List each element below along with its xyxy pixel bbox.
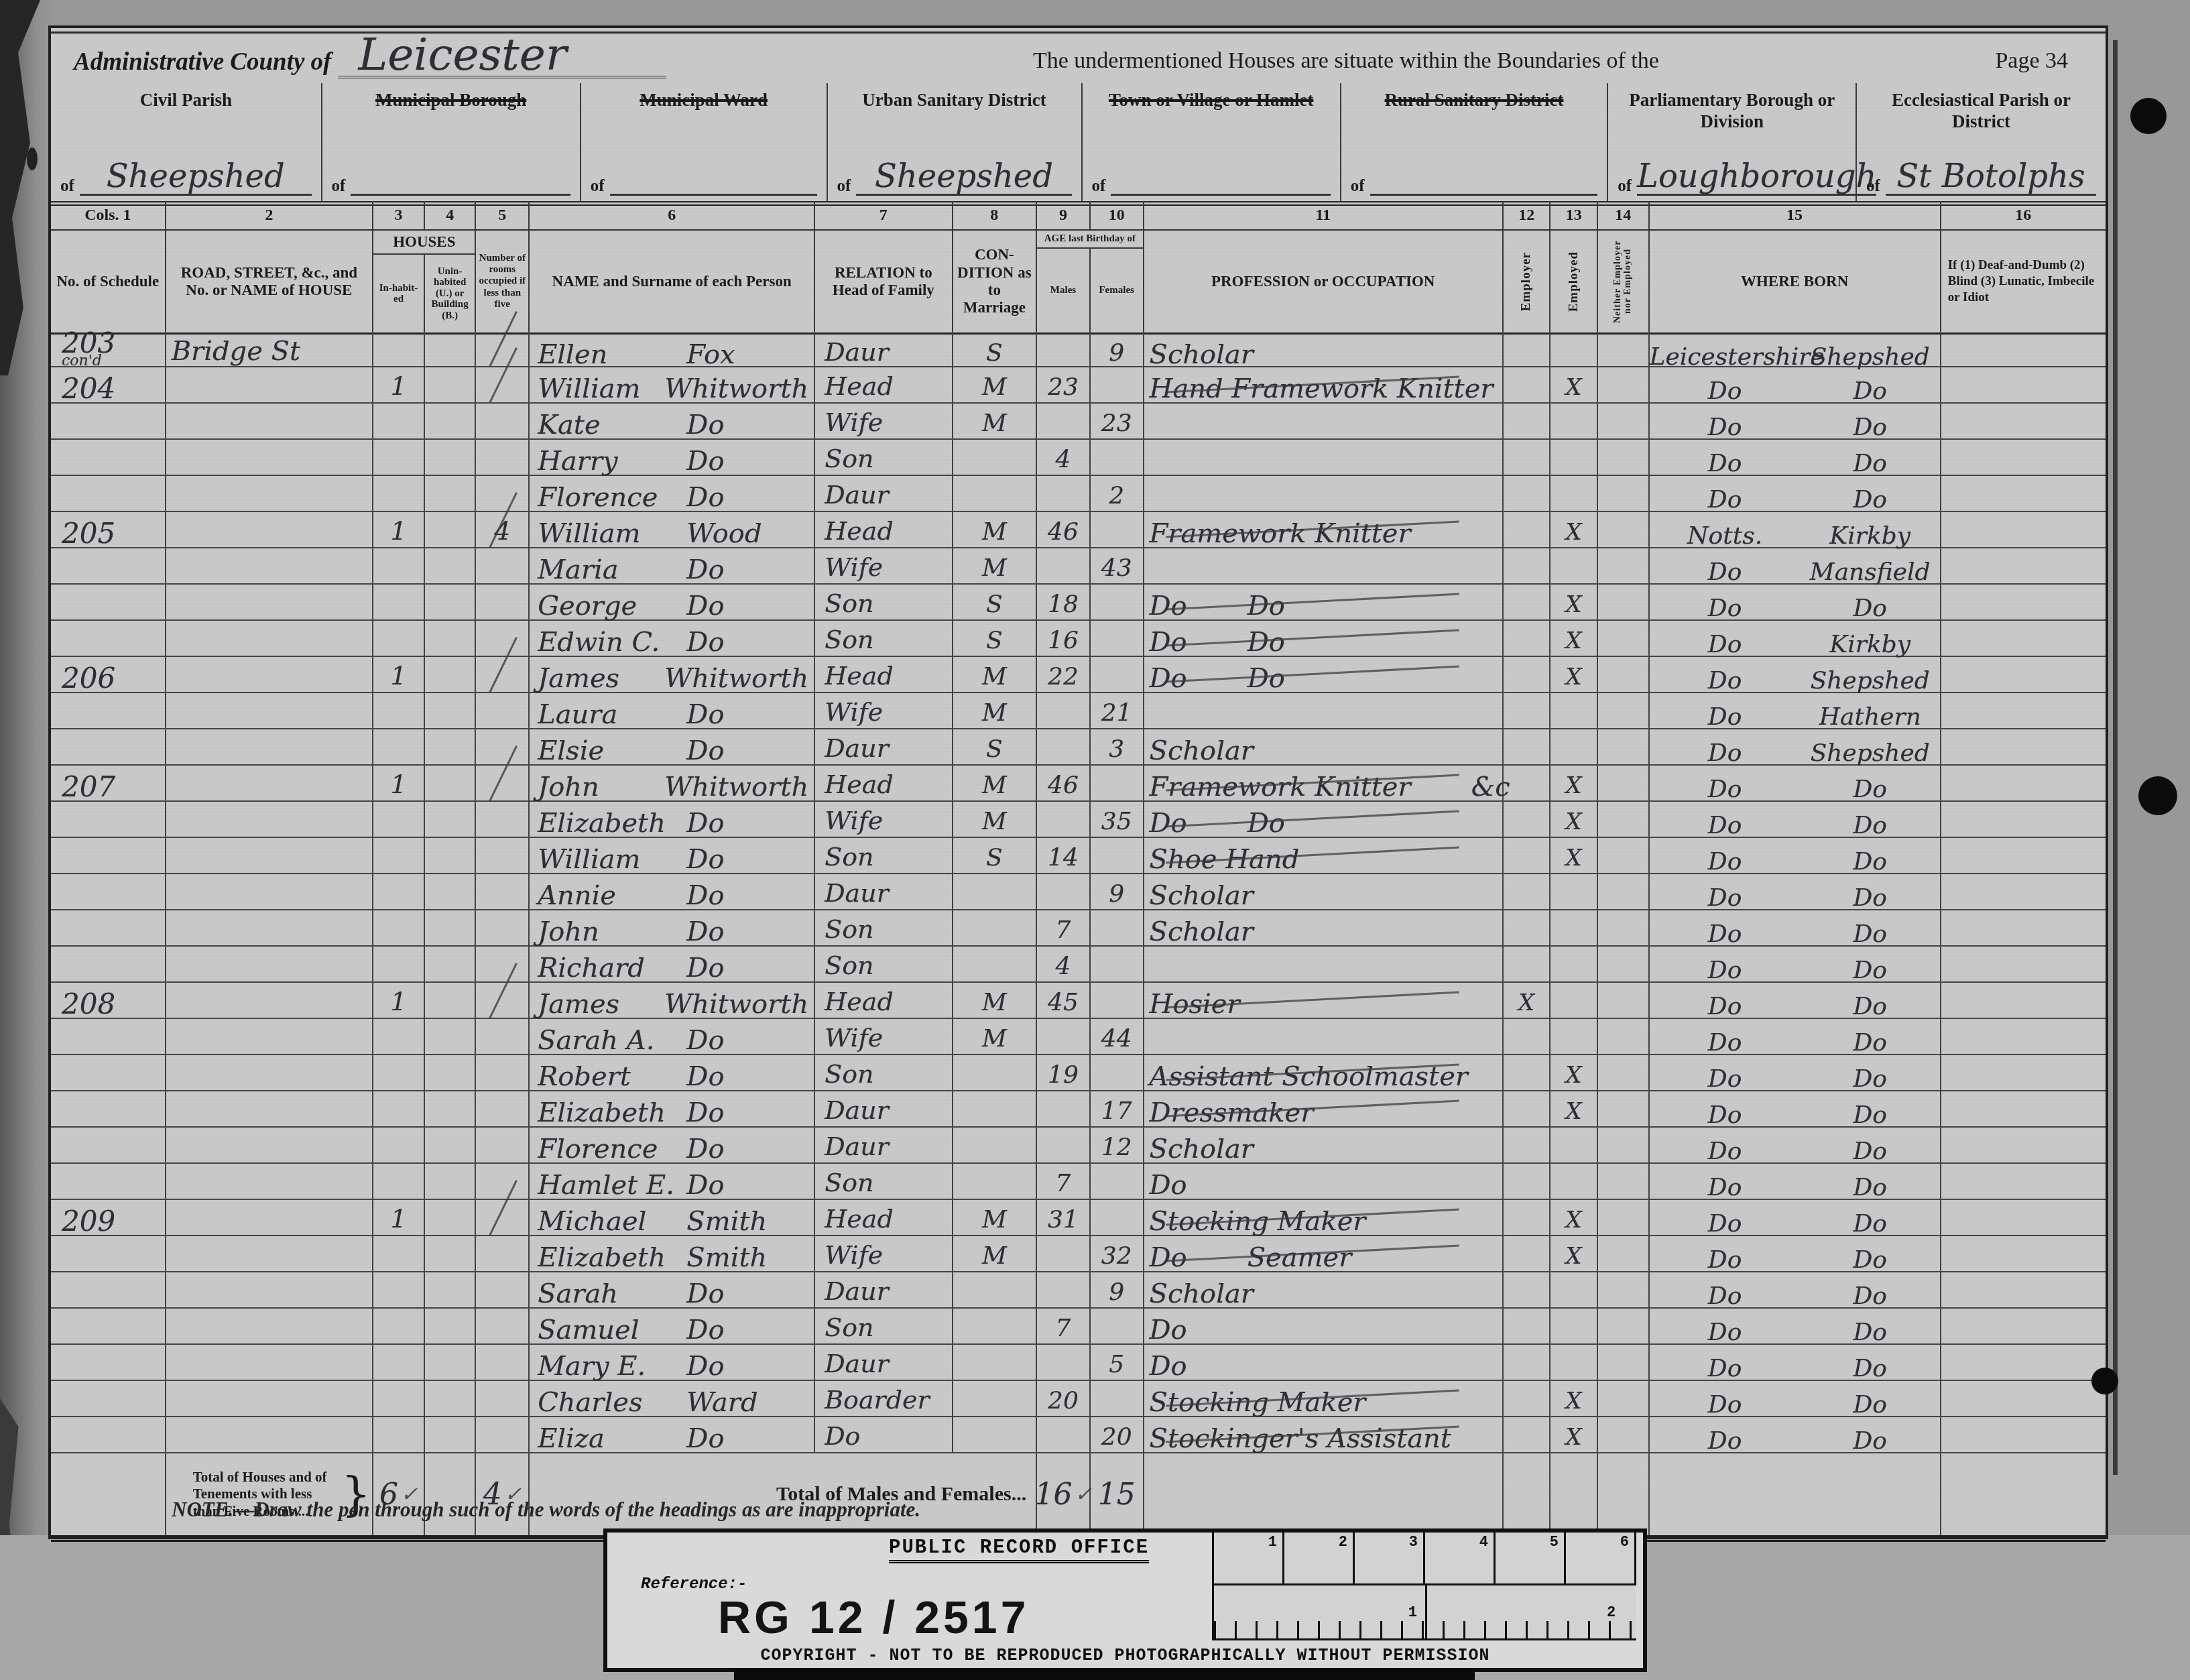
name-cell: FlorenceDo: [530, 1128, 815, 1162]
totals-inhabited-value: 6: [373, 1453, 425, 1535]
employed-cell: X: [1550, 512, 1597, 547]
condition-cell: M: [953, 983, 1038, 1018]
table-row: 204 1 WilliamWhitworth Head M 23 Hand Fr…: [51, 367, 2106, 404]
whereborn-cell: DoKirkby: [1650, 621, 1941, 656]
table-row: CharlesWard Boarder 20 Stocking Maker X …: [51, 1381, 2106, 1417]
employer-cell: [1504, 440, 1550, 475]
road-cell: [166, 1236, 374, 1271]
uninhabited-cell: [425, 874, 477, 909]
rooms-cell: [476, 1345, 530, 1380]
age-male-cell: [1037, 693, 1091, 728]
road-cell: [166, 1055, 374, 1090]
neither-cell: [1598, 1381, 1650, 1416]
relation-cell: Do: [815, 1417, 953, 1452]
punch-hole-icon: [2091, 1368, 2118, 1394]
relation-cell: Daur: [815, 331, 953, 368]
infirmity-cell: [1941, 874, 2106, 909]
road-cell: [166, 367, 374, 402]
whereborn-cell: DoDo: [1650, 1128, 1941, 1162]
road-cell: [166, 1019, 374, 1054]
col-road-header: ROAD, STREET, &c., and No. or NAME of HO…: [166, 231, 374, 333]
infirmity-cell: [1941, 1091, 2106, 1126]
road-cell: [166, 1417, 374, 1452]
neither-cell: [1598, 1055, 1650, 1090]
name-cell: JamesWhitworth: [530, 983, 815, 1018]
inhabited-cell: [373, 947, 425, 981]
age-female-cell: [1091, 585, 1144, 619]
inhabited-cell: [373, 1164, 425, 1199]
age-male-cell: [1037, 404, 1091, 438]
employer-cell: [1504, 1200, 1550, 1235]
infirmity-cell: [1941, 657, 2106, 692]
uninhabited-cell: [425, 548, 477, 583]
age-female-cell: 5: [1091, 1345, 1144, 1380]
employed-cell: X: [1550, 802, 1597, 837]
relation-cell: Son: [815, 621, 953, 656]
employer-cell: [1504, 766, 1550, 800]
occupation-cell: Stocking Maker: [1144, 1200, 1504, 1235]
name-cell: AnnieDo: [530, 874, 815, 909]
photo-right-edge: [2113, 40, 2118, 1475]
infirmity-cell: [1941, 548, 2106, 583]
name-cell: Sarah A.Do: [530, 1019, 815, 1054]
condition-cell: [953, 1164, 1038, 1199]
employed-cell: X: [1550, 1055, 1597, 1090]
district-municipal-ward: Municipal Ward of: [581, 83, 828, 201]
rooms-cell: [476, 693, 530, 728]
condition-cell: S: [953, 331, 1038, 368]
schedule-cell: 205: [51, 512, 166, 547]
col-neither-header: Neither Employer nor Employed: [1598, 231, 1650, 333]
age-female-cell: [1091, 512, 1144, 547]
rooms-cell: [476, 983, 530, 1018]
occupation-cell: Dressmaker: [1144, 1091, 1504, 1126]
neither-cell: [1598, 1345, 1650, 1380]
road-cell: [166, 910, 374, 945]
punch-hole-icon: [2130, 98, 2167, 134]
age-male-cell: [1037, 1019, 1091, 1054]
condition-cell: [953, 476, 1038, 511]
rooms-cell: [476, 1272, 530, 1307]
uninhabited-cell: [425, 838, 477, 873]
age-male-cell: 4: [1037, 440, 1091, 475]
condition-cell: M: [953, 766, 1038, 800]
neither-cell: [1598, 1128, 1650, 1162]
relation-cell: Daur: [815, 1345, 953, 1380]
uninhabited-cell: [425, 1236, 477, 1271]
table-row: SamuelDo Son 7 Do DoDo: [51, 1309, 2106, 1345]
schedule-cell: [51, 1345, 166, 1380]
occupation-cell: Scholar: [1144, 910, 1504, 945]
table-row: LauraDo Wife M 21 DoHathern: [51, 693, 2106, 729]
table-row: AnnieDo Daur 9 Scholar DoDo: [51, 874, 2106, 910]
age-male-cell: [1037, 1236, 1091, 1271]
neither-cell: [1598, 910, 1650, 945]
uninhabited-cell: [425, 1345, 477, 1380]
inhabited-cell: [373, 1345, 425, 1380]
rooms-cell: [476, 1417, 530, 1452]
name-cell: RichardDo: [530, 947, 815, 981]
age-male-cell: 7: [1037, 1309, 1091, 1343]
employed-cell: [1550, 1345, 1597, 1380]
table-row: RobertDo Son 19 Assistant Schoolmaster X…: [51, 1055, 2106, 1091]
infirmity-cell: [1941, 331, 2106, 368]
rooms-cell: [476, 838, 530, 873]
uninhabited-cell: [425, 621, 477, 656]
employed-cell: [1550, 1128, 1597, 1162]
uninhabited-cell: [425, 693, 477, 728]
col-employed-header: Employed: [1550, 231, 1597, 333]
employed-cell: X: [1550, 367, 1597, 402]
rooms-cell: [476, 548, 530, 583]
infirmity-cell: [1941, 983, 2106, 1018]
uninhabited-cell: [425, 1091, 477, 1126]
whereborn-cell: DoDo: [1650, 947, 1941, 981]
name-cell: Mary E.Do: [530, 1345, 815, 1380]
occupation-cell: Scholar: [1144, 331, 1504, 368]
age-male-cell: 7: [1037, 910, 1091, 945]
infirmity-cell: [1941, 1055, 2106, 1090]
condition-cell: [953, 1345, 1038, 1380]
name-cell: JamesWhitworth: [530, 657, 815, 692]
employed-cell: X: [1550, 766, 1597, 800]
administrative-county: Administrative County of Leicester: [74, 35, 666, 78]
uninhabited-cell: [425, 1164, 477, 1199]
road-cell: [166, 802, 374, 837]
occupation-cell: [1144, 440, 1504, 475]
rooms-cell: [476, 585, 530, 619]
road-cell: [166, 1200, 374, 1235]
table-row: JohnDo Son 7 Scholar DoDo: [51, 910, 2106, 947]
age-female-cell: [1091, 1381, 1144, 1416]
road-cell: [166, 693, 374, 728]
occupation-cell: Stocking Maker: [1144, 1381, 1504, 1416]
age-male-cell: 18: [1037, 585, 1091, 619]
district-urban-sanitary: Urban Sanitary District ofSheepshed: [828, 83, 1083, 201]
neither-cell: [1598, 802, 1650, 837]
col-employer-header: Employer: [1504, 231, 1550, 333]
whereborn-cell: DoDo: [1650, 1164, 1941, 1199]
whereborn-cell: LeicestershireShepshed: [1650, 331, 1941, 368]
infirmity-cell: [1941, 1381, 2106, 1416]
table-row: Edwin C.Do Son S 16 DoDo X DoKirkby: [51, 621, 2106, 657]
schedule-cell: [51, 693, 166, 728]
road-cell: [166, 729, 374, 764]
whereborn-cell: DoDo: [1650, 1417, 1941, 1452]
condition-cell: M: [953, 802, 1038, 837]
neither-cell: [1598, 367, 1650, 402]
uninhabited-cell: [425, 1019, 477, 1054]
district-rural-sanitary: Rural Sanitary District of: [1341, 83, 1608, 201]
infirmity-cell: [1941, 1309, 2106, 1343]
table-row: 209 1 MichaelSmith Head M 31 Stocking Ma…: [51, 1200, 2106, 1236]
relation-cell: Head: [815, 1200, 953, 1235]
whereborn-cell: DoShepshed: [1650, 657, 1941, 692]
uninhabited-cell: [425, 729, 477, 764]
employer-cell: [1504, 1309, 1550, 1343]
employer-cell: [1504, 548, 1550, 583]
occupation-cell: [1144, 404, 1504, 438]
condition-cell: M: [953, 1200, 1038, 1235]
uninhabited-cell: [425, 585, 477, 619]
rooms-cell: [476, 657, 530, 692]
employed-cell: [1550, 1272, 1597, 1307]
condition-cell: [953, 1309, 1038, 1343]
schedule-cell: [51, 838, 166, 873]
infirmity-cell: [1941, 1019, 2106, 1054]
schedule-cell: 208: [51, 983, 166, 1018]
schedule-cell: [51, 947, 166, 981]
condition-cell: [953, 1381, 1038, 1416]
col-condition-header: CON-DITION as to Marriage: [953, 231, 1038, 333]
neither-cell: [1598, 404, 1650, 438]
inhabited-cell: [373, 802, 425, 837]
employed-cell: X: [1550, 1200, 1597, 1235]
employed-cell: [1550, 983, 1597, 1018]
table-row: RichardDo Son 4 DoDo: [51, 947, 2106, 983]
occupation-cell: Scholar: [1144, 1128, 1504, 1162]
totals-males-value: 16: [1037, 1453, 1091, 1535]
whereborn-cell: DoDo: [1650, 874, 1941, 909]
employed-cell: X: [1550, 621, 1597, 656]
occupation-cell: DoDo: [1144, 585, 1504, 619]
name-cell: CharlesWard: [530, 1381, 815, 1416]
district-parliamentary-borough: Parliamentary Borough or Division ofLoug…: [1608, 83, 1857, 201]
table-row: KateDo Wife M 23 DoDo: [51, 404, 2106, 440]
road-cell: [166, 1272, 374, 1307]
inhabited-cell: [373, 1309, 425, 1343]
condition-cell: [953, 1055, 1038, 1090]
uninhabited-cell: [425, 1309, 477, 1343]
relation-cell: Wife: [815, 1236, 953, 1271]
column-labels-row: No. of Schedule ROAD, STREET, &c., and N…: [51, 231, 2106, 335]
neither-cell: [1598, 1272, 1650, 1307]
name-cell: WilliamDo: [530, 838, 815, 873]
age-male-cell: 4: [1037, 947, 1091, 981]
relation-cell: Daur: [815, 874, 953, 909]
inhabited-cell: 1: [373, 657, 425, 692]
occupation-cell: [1144, 476, 1504, 511]
uninhabited-cell: [425, 1272, 477, 1307]
employer-cell: [1504, 404, 1550, 438]
schedule-cell: [51, 404, 166, 438]
uninhabited-cell: [425, 947, 477, 981]
rooms-cell: [476, 802, 530, 837]
relation-cell: Daur: [815, 729, 953, 764]
totals-rooms-value: 4: [476, 1453, 530, 1535]
infirmity-cell: [1941, 1236, 2106, 1271]
schedule-cell: [51, 476, 166, 511]
table-row: 207 1 JohnWhitworth Head M 46 Framework …: [51, 766, 2106, 802]
whereborn-cell: DoDo: [1650, 1309, 1941, 1343]
age-female-cell: [1091, 1055, 1144, 1090]
age-male-cell: [1037, 1128, 1091, 1162]
col-infirmity-header: If (1) Deaf-and-Dumb (2) Blind (3) Lunat…: [1941, 231, 2106, 333]
age-male-cell: 31: [1037, 1200, 1091, 1235]
age-female-cell: 44: [1091, 1019, 1144, 1054]
road-cell: [166, 1309, 374, 1343]
census-form-page: Administrative County of Leicester The u…: [48, 25, 2108, 1539]
inhabited-cell: [373, 1236, 425, 1271]
neither-cell: [1598, 440, 1650, 475]
uninhabited-cell: [425, 766, 477, 800]
uninhabited-cell: [425, 1055, 477, 1090]
table-row: ElsieDo Daur S 3 Scholar DoShepshed: [51, 729, 2106, 766]
employed-cell: [1550, 1164, 1597, 1199]
age-female-cell: 9: [1091, 331, 1144, 368]
occupation-cell: [1144, 693, 1504, 728]
schedule-cell: 209: [51, 1200, 166, 1235]
employer-cell: [1504, 729, 1550, 764]
road-cell: [166, 838, 374, 873]
employer-cell: [1504, 367, 1550, 402]
infirmity-cell: [1941, 512, 2106, 547]
name-cell: ElizabethSmith: [530, 1236, 815, 1271]
infirmity-cell: [1941, 1164, 2106, 1199]
schedule-cell: [51, 729, 166, 764]
inhabited-cell: [373, 1019, 425, 1054]
condition-cell: M: [953, 512, 1038, 547]
schedule-cell: [51, 1381, 166, 1416]
rooms-cell: [476, 1200, 530, 1235]
occupation-cell: DoDo: [1144, 621, 1504, 656]
employed-cell: [1550, 476, 1597, 511]
condition-cell: [953, 1128, 1038, 1162]
neither-cell: [1598, 947, 1650, 981]
schedule-cell: 207: [51, 766, 166, 800]
employed-cell: X: [1550, 1091, 1597, 1126]
relation-cell: Head: [815, 983, 953, 1018]
table-row: WilliamDo Son S 14 Shoe Hand X DoDo: [51, 838, 2106, 874]
employer-cell: [1504, 1236, 1550, 1271]
employer-cell: [1504, 947, 1550, 981]
name-cell: Hamlet E.Do: [530, 1164, 815, 1199]
schedule-cell: [51, 1417, 166, 1452]
whereborn-cell: DoDo: [1650, 838, 1941, 873]
uninhabited-cell: [425, 910, 477, 945]
inhabited-cell: [373, 621, 425, 656]
rooms-cell: [476, 331, 530, 368]
col-age-header: AGE last Birthday of Males Females: [1037, 231, 1144, 333]
name-cell: ElsieDo: [530, 729, 815, 764]
infirmity-cell: [1941, 621, 2106, 656]
occupation-cell: Scholar: [1144, 729, 1504, 764]
age-female-cell: 9: [1091, 1272, 1144, 1307]
age-female-cell: [1091, 440, 1144, 475]
whereborn-cell: Notts.Kirkby: [1650, 512, 1941, 547]
infirmity-cell: [1941, 1200, 2106, 1235]
reference-label: Reference:-: [641, 1575, 747, 1594]
neither-cell: [1598, 874, 1650, 909]
ruler-scale: 1 2 3 4 5 6 1 2: [1212, 1533, 1636, 1640]
occupation-cell: Framework Knitter&c: [1144, 766, 1504, 800]
age-female-cell: [1091, 1164, 1144, 1199]
whereborn-cell: DoDo: [1650, 1381, 1941, 1416]
age-female-cell: [1091, 910, 1144, 945]
name-cell: RobertDo: [530, 1055, 815, 1090]
whereborn-cell: DoDo: [1650, 585, 1941, 619]
relation-cell: Wife: [815, 802, 953, 837]
employer-cell: [1504, 585, 1550, 619]
col-whereborn-header: WHERE BORN: [1650, 231, 1941, 333]
col-rooms-header: Number of rooms occupied if less than fi…: [476, 231, 530, 333]
whereborn-cell: DoDo: [1650, 1345, 1941, 1380]
employed-cell: [1550, 729, 1597, 764]
age-female-cell: [1091, 838, 1144, 873]
relation-cell: Head: [815, 766, 953, 800]
age-male-cell: [1037, 476, 1091, 511]
col-profession-header: PROFESSION or OCCUPATION: [1144, 231, 1504, 333]
condition-cell: [953, 440, 1038, 475]
inhabited-cell: [373, 331, 425, 368]
uninhabited-cell: [425, 983, 477, 1018]
uninhabited-cell: [425, 476, 477, 511]
relation-cell: Son: [815, 838, 953, 873]
employed-cell: X: [1550, 1417, 1597, 1452]
name-cell: JohnWhitworth: [530, 766, 815, 800]
name-cell: HarryDo: [530, 440, 815, 475]
occupation-cell: Assistant Schoolmaster: [1144, 1055, 1504, 1090]
employed-cell: [1550, 947, 1597, 981]
uninhabited-cell: [425, 331, 477, 368]
inhabited-cell: [373, 585, 425, 619]
relation-cell: Head: [815, 367, 953, 402]
district-municipal-borough: Municipal Borough of: [322, 83, 581, 201]
neither-cell: [1598, 766, 1650, 800]
rooms-cell: [476, 1236, 530, 1271]
inhabited-cell: [373, 838, 425, 873]
employed-cell: X: [1550, 1381, 1597, 1416]
neither-cell: [1598, 657, 1650, 692]
age-female-cell: 23: [1091, 404, 1144, 438]
neither-cell: [1598, 585, 1650, 619]
inhabited-cell: [373, 404, 425, 438]
inhabited-cell: 1: [373, 766, 425, 800]
name-cell: LauraDo: [530, 693, 815, 728]
employed-cell: [1550, 1019, 1597, 1054]
age-male-cell: [1037, 1091, 1091, 1126]
age-female-cell: 32: [1091, 1236, 1144, 1271]
road-cell: [166, 947, 374, 981]
uninhabited-cell: [425, 657, 477, 692]
occupation-cell: Stockinger's Assistant: [1144, 1417, 1504, 1452]
rooms-cell: [476, 947, 530, 981]
public-record-office-label: PUBLIC RECORD OFFICE: [889, 1537, 1149, 1563]
schedule-cell: [51, 1272, 166, 1307]
condition-cell: S: [953, 838, 1038, 873]
rooms-cell: [476, 440, 530, 475]
district-boxes: Civil Parish ofSheepshed Municipal Borou…: [51, 83, 2106, 206]
whereborn-cell: DoHathern: [1650, 693, 1941, 728]
infirmity-cell: [1941, 367, 2106, 402]
schedule-cell: [51, 1091, 166, 1126]
name-cell: EllenFox: [530, 331, 815, 368]
occupation-cell: [1144, 947, 1504, 981]
road-cell: [166, 476, 374, 511]
rooms-cell: [476, 404, 530, 438]
totals-uninhabited-value: [425, 1453, 477, 1535]
inhabited-cell: [373, 548, 425, 583]
age-male-cell: 45: [1037, 983, 1091, 1018]
name-cell: SarahDo: [530, 1272, 815, 1307]
road-cell: [166, 512, 374, 547]
column-numbers-row: Cols. 1 2 3 4 5 6 7 8 9 10 11 12 13 14 1…: [51, 201, 2106, 231]
table-row: 205 1 4 WilliamWood Head M 46 Framework …: [51, 512, 2106, 548]
road-cell: [166, 404, 374, 438]
record-office-stamp: PUBLIC RECORD OFFICE Reference:- RG 12 /…: [603, 1528, 1647, 1672]
employed-cell: X: [1550, 585, 1597, 619]
boundary-statement: The undermentioned Houses are situate wi…: [1033, 48, 1659, 74]
